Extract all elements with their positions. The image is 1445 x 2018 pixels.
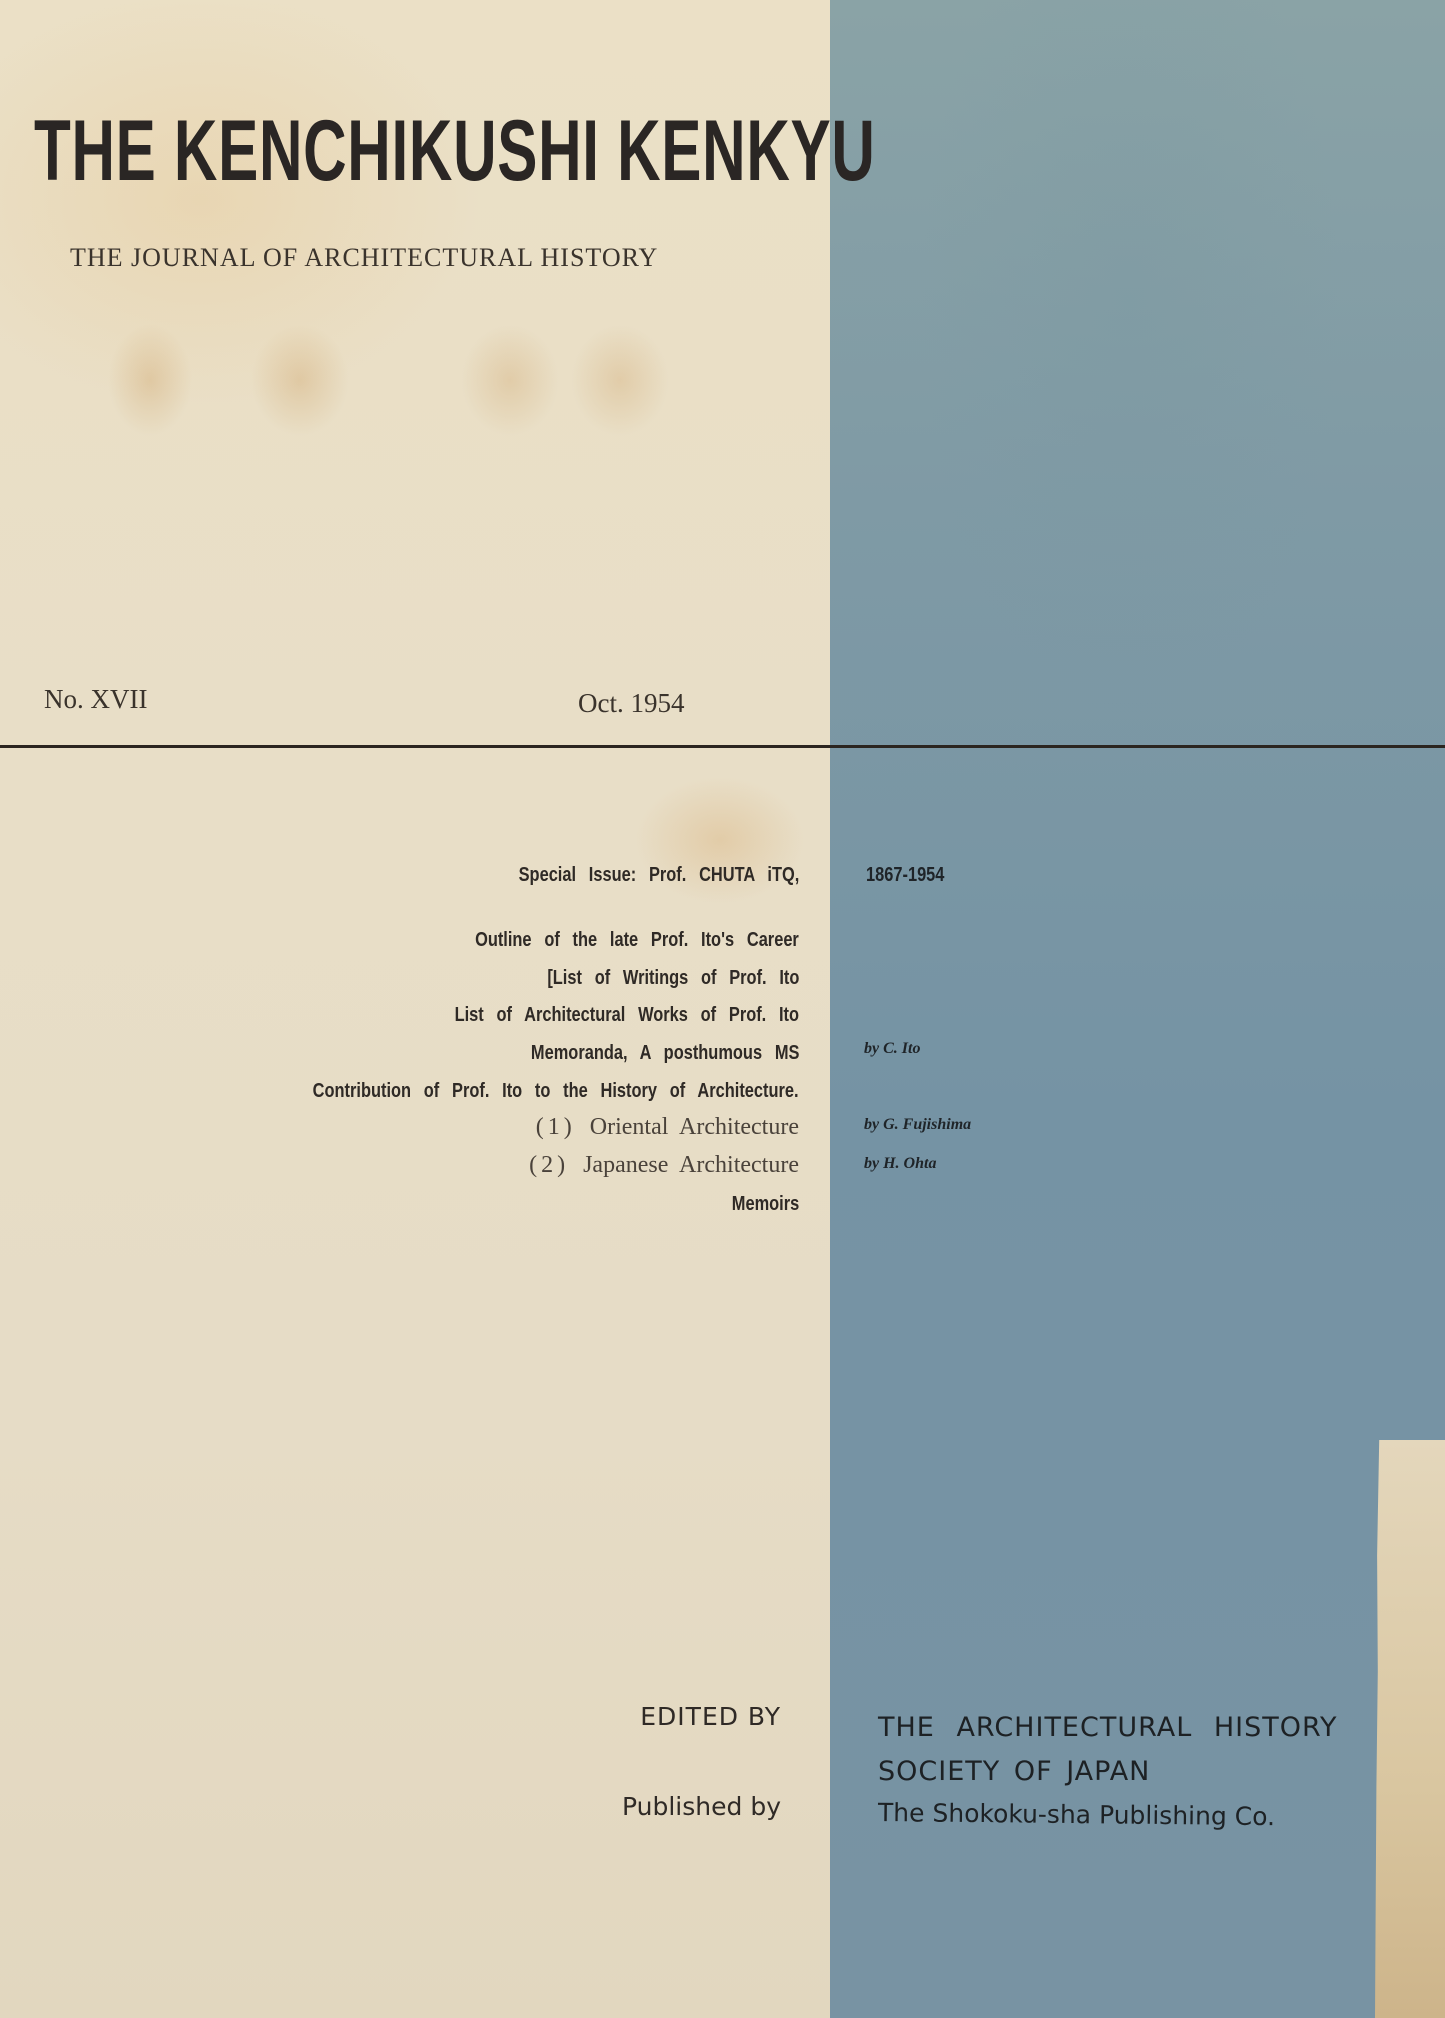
toc-author: by H. Ohta — [864, 1155, 936, 1173]
toc-author: by C. Ito — [864, 1040, 920, 1058]
publisher-name: The Shokoku-sha Publishing Co. — [878, 1798, 1275, 1831]
edited-by-label: EDITED BY — [640, 1702, 781, 1731]
toc-item: Memoirs — [732, 1193, 799, 1216]
issue-number: No. XVII — [44, 684, 147, 715]
journal-subtitle: THE JOURNAL OF ARCHITECTURAL HISTORY — [70, 243, 658, 273]
toc-subitem-title: Oriental Architecture — [590, 1114, 799, 1140]
toc-item: [List of Writings of Prof. Ito — [547, 967, 799, 990]
toc-subitem-number: (2) — [529, 1152, 569, 1178]
editor-name-line1: THE ARCHITECTURAL HISTORY — [878, 1712, 1338, 1743]
toc-item: Contribution of Prof. Ito to the History… — [313, 1080, 799, 1103]
toc-item: Memoranda, A posthumous MS — [531, 1042, 799, 1065]
toc-subitem-number: (1) — [536, 1114, 576, 1140]
special-issue-heading: Special Issue: Prof. CHUTA iTQ, — [518, 864, 799, 887]
life-dates: 1867-1954 — [866, 864, 944, 887]
toc-author: by G. Fujishima — [864, 1116, 971, 1134]
toc-subitem: (1)Oriental Architecture — [536, 1114, 799, 1141]
published-by-label: Published by — [622, 1792, 781, 1821]
journal-cover: THE KENCHIKUSHI KENKYU THE JOURNAL OF AR… — [0, 0, 1445, 2018]
issue-date: Oct. 1954 — [578, 688, 684, 719]
toc-item: Outline of the late Prof. Ito's Career — [475, 929, 799, 952]
toc-subitem-title: Japanese Architecture — [583, 1152, 799, 1178]
journal-title: THE KENCHIKUSHI KENKYU — [34, 108, 876, 194]
toc-item: List of Architectural Works of Prof. Ito — [455, 1004, 799, 1027]
horizontal-rule — [0, 745, 1445, 748]
torn-label-remnant — [1375, 1440, 1445, 2018]
editor-name-line2: SOCIETY OF JAPAN — [878, 1756, 1150, 1787]
toc-subitem: (2)Japanese Architecture — [529, 1152, 799, 1179]
